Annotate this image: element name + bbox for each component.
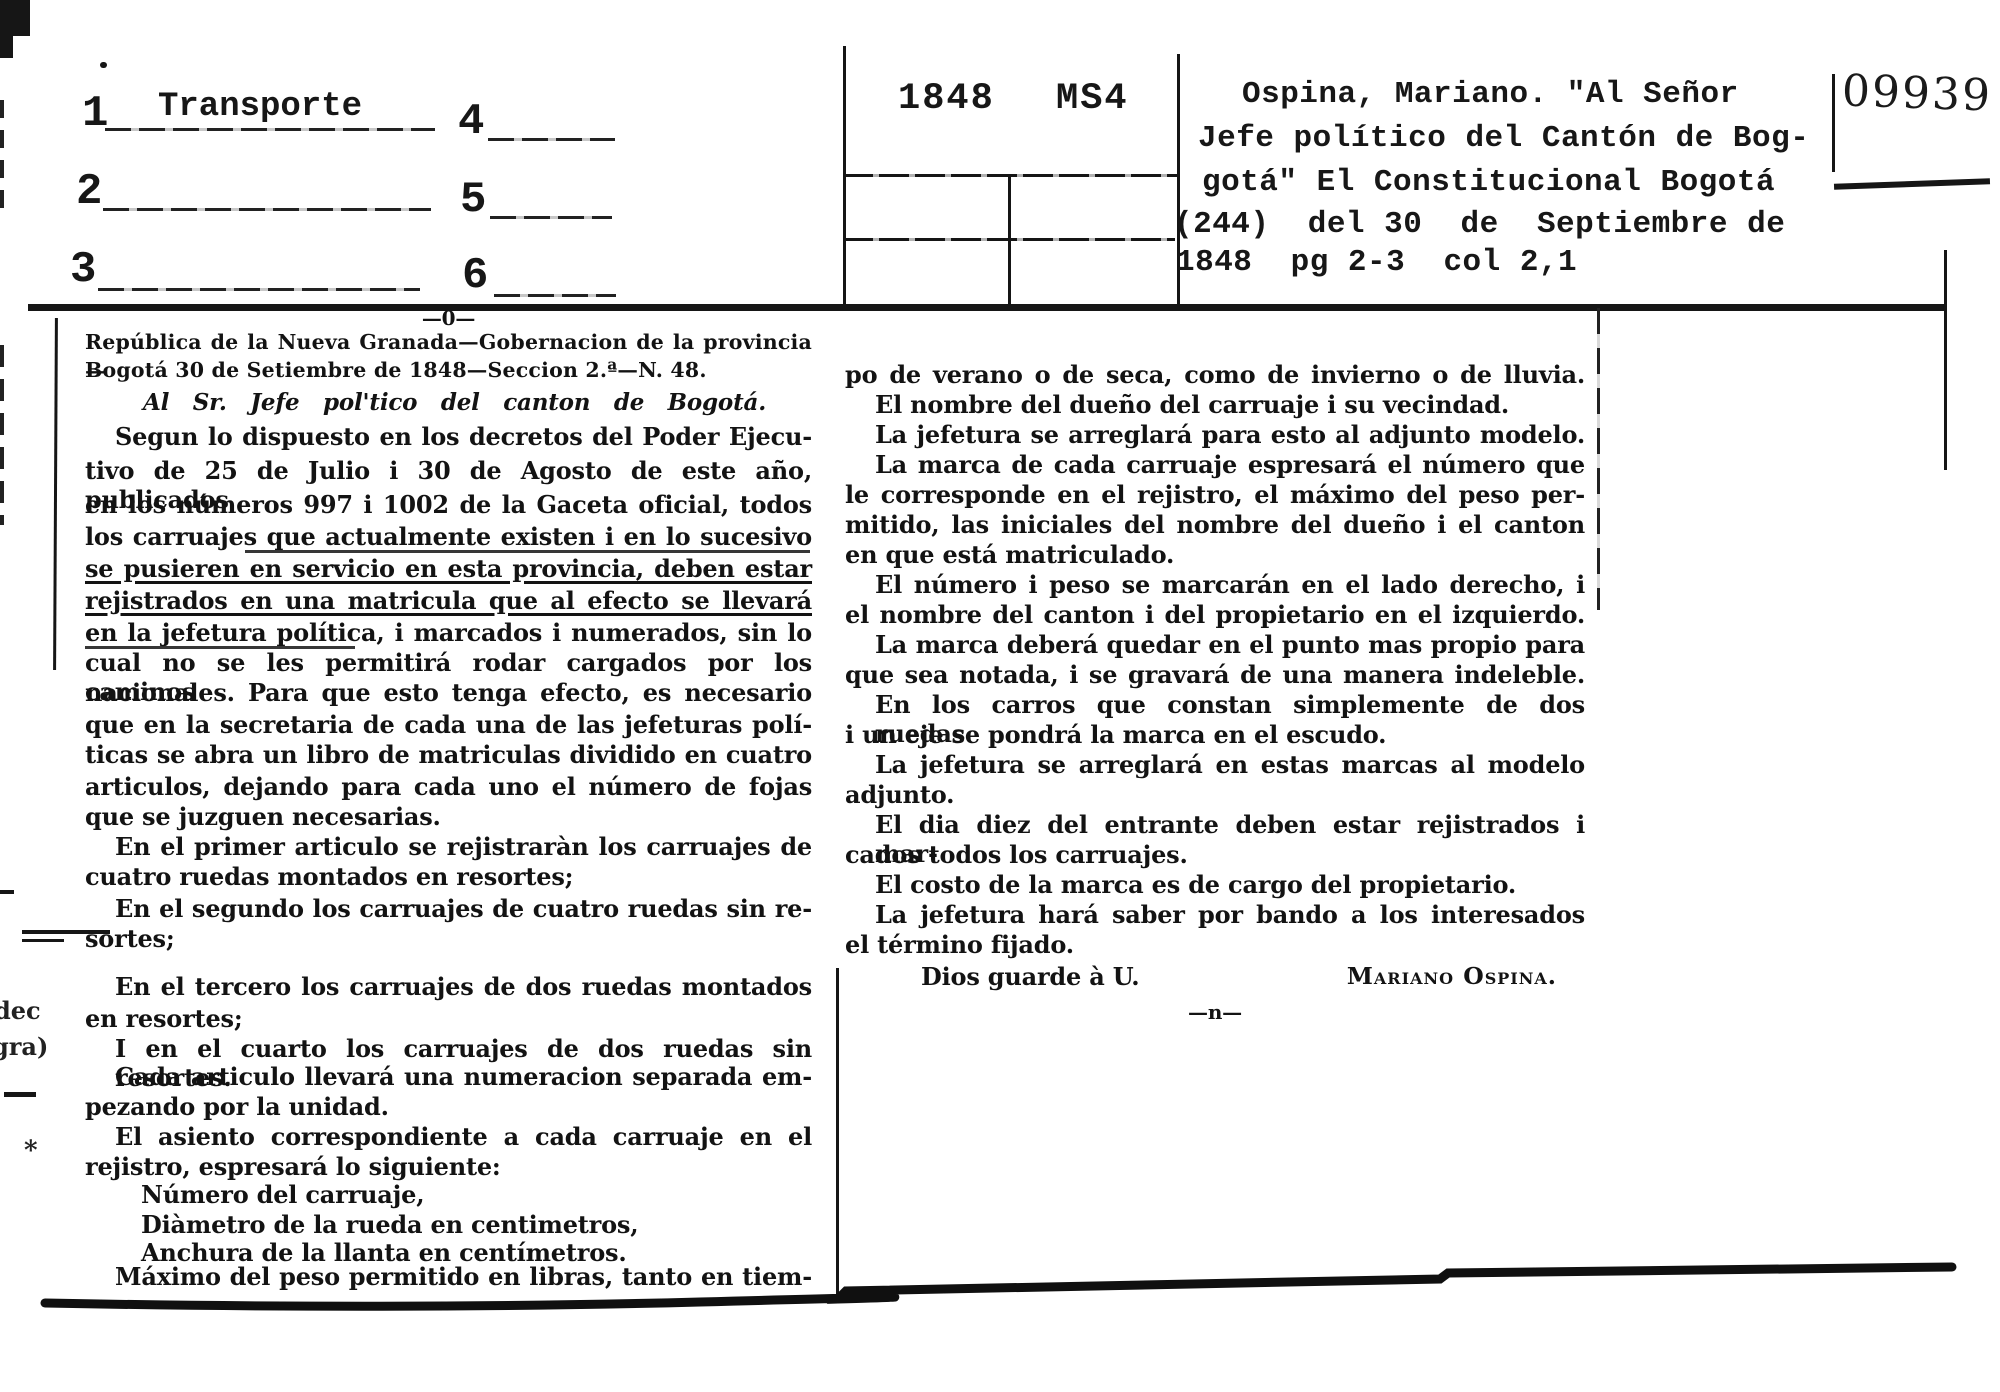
article-left-line: que se juzguen necesarias.	[85, 802, 812, 834]
scan-right-edge-line	[1944, 250, 1947, 470]
margin-tick-long	[22, 930, 110, 934]
article-right-line: En los carros que constan simplemente de…	[845, 690, 1585, 722]
article-left-line: Al Sr. Jefe pol'tico del canton de Bogot…	[85, 388, 812, 420]
closing-salutation: Dios guarde à U.	[845, 962, 1139, 994]
article-left-line: sortes;	[85, 924, 812, 956]
article-left-line: cuatro ruedas montados en resortes;	[85, 862, 812, 894]
article-right-line: La jefetura hará saber por bando a los i…	[845, 900, 1585, 932]
article-left-line: ticas se abra un libro de matriculas div…	[85, 740, 812, 772]
article-right-line: La marca deberá quedar en el punto mas p…	[845, 630, 1585, 662]
article-left-line: rejistrados en una matricula que al efec…	[85, 586, 812, 618]
bottom-torn-edge-rule	[0, 1255, 2000, 1335]
article-left-line: Cada articulo llevará una numeracion sep…	[85, 1062, 812, 1094]
article-left-line: En el primer articulo se rejistraràn los…	[85, 832, 812, 864]
scanned-catalog-card-page: { "header": { "transporte": "Transporte"…	[0, 0, 2000, 1392]
column-divider-line	[836, 968, 839, 1296]
author-signature: Mariano Ospina.	[1347, 962, 1585, 994]
margin-fragment-2: gra)	[0, 1032, 48, 1061]
article-left-line: pezando por la unidad.	[85, 1092, 812, 1124]
article-left-line: que en la secretaria de cada una de las …	[85, 710, 812, 742]
signature-row: Dios guarde à U. Mariano Ospina.	[845, 962, 1585, 994]
article-left-line: Número del carruaje,	[85, 1180, 812, 1212]
article-left-line: El asiento correspondiente a cada carrua…	[85, 1122, 812, 1154]
article-right-line: mitido, las iniciales del nombre del due…	[845, 510, 1585, 542]
scan-left-edge-dashes-2	[0, 345, 4, 525]
margin-dash-small	[0, 890, 14, 894]
article-left-line: En el segundo los carruajes de cuatro ru…	[85, 894, 812, 926]
article-right-line: po de verano o de seca, como de invierno…	[845, 360, 1585, 392]
article-right-column: po de verano o de seca, como de invierno…	[845, 0, 1585, 1392]
article-right-line: cados todos los carruajes.	[845, 840, 1585, 872]
article-right-line: El dia diez del entrante deben estar rej…	[845, 810, 1585, 842]
article-right-line: en que está matriculado.	[845, 540, 1585, 572]
article-bottom-divider: —n—	[845, 998, 1585, 1030]
article-left-column: —0— República de la Nueva Granada—Gobern…	[85, 0, 812, 1392]
margin-tick-short	[22, 939, 64, 942]
margin-star: *	[24, 1136, 38, 1166]
control-number-underline	[1834, 178, 1990, 189]
article-left-line: Bogotá 30 de Setiembre de 1848—Seccion 2…	[85, 356, 812, 388]
article-right-line: El costo de la marca es de cargo del pro…	[845, 870, 1585, 902]
article-left-line: en resortes;	[85, 1004, 812, 1036]
article-left-line: tivo de 25 de Julio i 30 de Agosto de es…	[85, 456, 812, 488]
article-right-line: i un eje se pondrá la marca en el escudo…	[845, 720, 1585, 752]
article-left-line: nacionales. Para que esto tenga efecto, …	[85, 678, 812, 710]
article-right-line: La marca de cada carruaje espresará el n…	[845, 450, 1585, 482]
right-column-border	[1597, 308, 1600, 610]
control-number: 09939	[1841, 65, 1993, 121]
article-right-line: el término fijado.	[845, 930, 1585, 962]
article-right-line: le corresponde en el rejistro, el máximo…	[845, 480, 1585, 512]
article-left-line: Segun lo dispuesto en los decretos del P…	[85, 422, 812, 454]
article-right-line: adjunto.	[845, 780, 1585, 812]
article-right-line: El nombre del dueño del carruaje i su ve…	[845, 390, 1585, 422]
scrawl-underline	[85, 646, 355, 649]
control-number-left-rule	[1832, 74, 1835, 172]
article-left-line: En el tercero los carruajes de dos rueda…	[85, 972, 812, 1004]
scan-corner-blob-tail	[0, 0, 13, 58]
scrawl-underline	[245, 550, 810, 553]
left-column-border	[53, 318, 58, 670]
margin-fragment-1: dec	[0, 996, 41, 1025]
article-right-line: El número i peso se marcarán en el lado …	[845, 570, 1585, 602]
article-right-line: que sea notada, i se gravará de una mane…	[845, 660, 1585, 692]
margin-dash	[4, 1092, 36, 1097]
article-right-line: La jefetura se arreglará para esto al ad…	[845, 420, 1585, 452]
article-right-line: el nombre del canton i del propietario e…	[845, 600, 1585, 632]
article-left-line: en los números 997 i 1002 de la Gaceta o…	[85, 490, 812, 522]
article-left-line: articulos, dejando para cada uno el núme…	[85, 772, 812, 804]
scan-left-edge-dashes-1	[0, 100, 4, 210]
article-right-line: La jefetura se arreglará en estas marcas…	[845, 750, 1585, 782]
article-left-line: se pusieren en servicio en esta provinci…	[85, 554, 812, 586]
article-left-line: cual no se les permitirá rodar cargados …	[85, 648, 812, 680]
